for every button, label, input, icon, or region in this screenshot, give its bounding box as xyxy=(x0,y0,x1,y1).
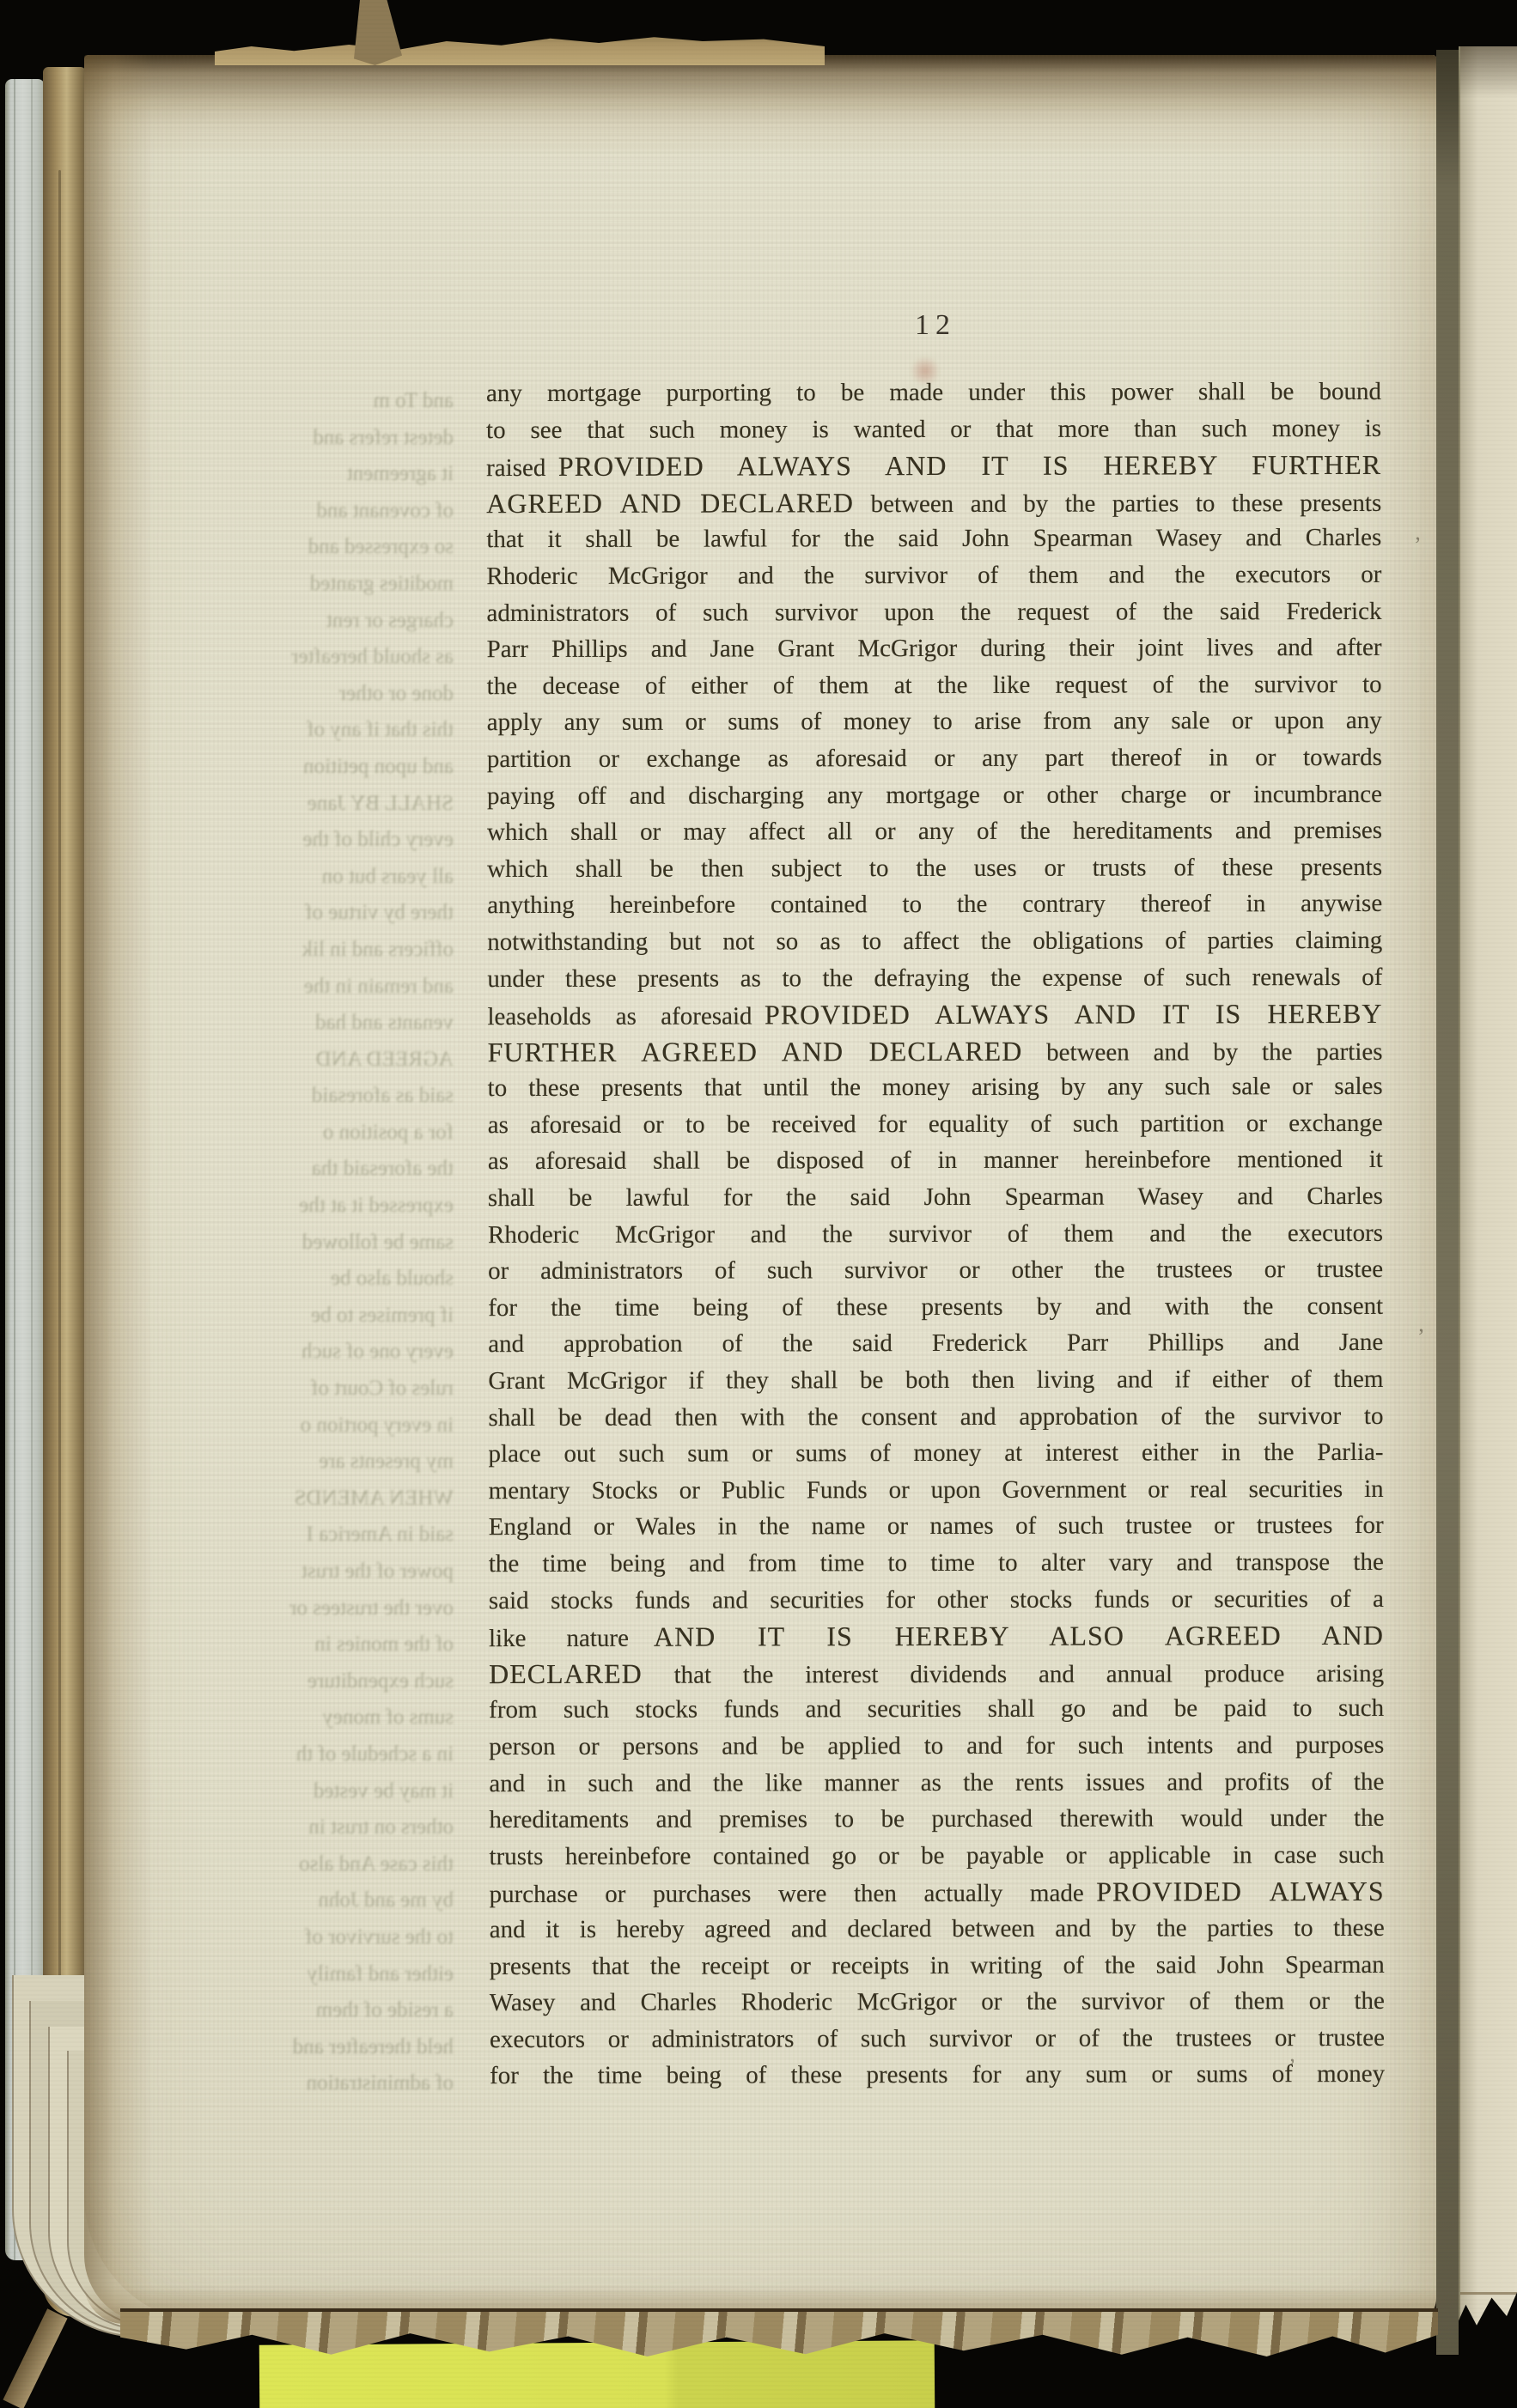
left-page-edge-strip xyxy=(5,79,45,2260)
text-line: to see that such money is wanted or that… xyxy=(486,410,1381,449)
text-line: administrators of such survivor upon the… xyxy=(486,593,1381,631)
book-photo: 12 and To mdetest refers andit agreement… xyxy=(0,0,1517,2408)
ink-speck: ’ xyxy=(1417,1324,1425,1350)
ghost-line: my presents are xyxy=(196,1444,454,1481)
ghost-line: WHEN AMENDS xyxy=(196,1481,454,1517)
text-line: the time being and from time to time to … xyxy=(489,1544,1384,1583)
text-line: person or persons and be applied to and … xyxy=(489,1727,1384,1766)
page-number: 12 xyxy=(488,309,1383,342)
stained-left-edge xyxy=(84,55,153,2324)
text-line: shall be lawful for the said John Spearm… xyxy=(488,1178,1383,1217)
text-line: paying off and discharging any mortgage … xyxy=(487,775,1382,814)
ghost-line: this case And also xyxy=(196,1846,454,1883)
page-gutter-gap xyxy=(1436,50,1459,2355)
ghost-line: in every portion o xyxy=(196,1408,454,1444)
ink-speck: ’ xyxy=(1414,532,1422,558)
text-line: which shall be then subject to the uses … xyxy=(487,849,1382,888)
text-line: said stocks funds and securities for oth… xyxy=(489,1581,1384,1620)
text-line: anything hereinbefore contained to the c… xyxy=(487,885,1382,924)
text-line: to these presents that until the money a… xyxy=(488,1068,1383,1107)
ghost-line: said in America I xyxy=(196,1517,454,1554)
ghost-line: so expressed and xyxy=(196,529,454,566)
ghost-line: such expenditure xyxy=(196,1663,454,1700)
text-line: place out such sum or sums of money at i… xyxy=(488,1434,1383,1473)
ghost-line: of administration xyxy=(196,2065,454,2102)
text-line: as aforesaid or to be received for equal… xyxy=(488,1105,1383,1144)
text-line: Wasey and Charles Rhoderic McGrigor or t… xyxy=(490,1983,1385,2022)
text-line: like nature AND IT IS HEREBY ALSO AGREED… xyxy=(489,1617,1384,1656)
text-line: or administrators of such survivor or ot… xyxy=(488,1251,1383,1290)
text-line: as aforesaid shall be disposed of in man… xyxy=(488,1141,1383,1180)
text-line: shall be dead then with the consent and … xyxy=(488,1398,1383,1437)
ghost-line: AGREED AND xyxy=(196,1042,454,1079)
ghost-line: for a position o xyxy=(196,1115,454,1152)
ghost-line: venants and had xyxy=(196,1005,454,1042)
text-line: executors or administrators of such surv… xyxy=(490,2020,1385,2058)
ghost-line: same be followed xyxy=(196,1225,454,1262)
text-line: AGREED AND DECLARED between and by the p… xyxy=(486,483,1381,522)
text-line: raised PROVIDED ALWAYS AND IT IS HEREBY … xyxy=(486,447,1381,485)
body-text: any mortgage purporting to be made under… xyxy=(486,374,1385,2095)
ghost-line: the aforesaid tha xyxy=(196,1151,454,1188)
ghost-line: expressed it at the xyxy=(196,1188,454,1225)
ghost-line: it agreement xyxy=(196,456,454,493)
ghost-line: rules of Court of xyxy=(196,1371,454,1408)
text-line: notwithstanding but not so as to affect … xyxy=(487,922,1382,961)
ghost-line: every child of the xyxy=(196,822,454,859)
ghost-line: and remain in the xyxy=(196,969,454,1006)
ghost-line: of covenant and xyxy=(196,493,454,530)
ghost-line: sums of money xyxy=(196,1700,454,1736)
text-line: for the time being of these presents by … xyxy=(488,1288,1383,1327)
burnt-top-edge xyxy=(84,55,1436,158)
text-line: and it is hereby agreed and declared bet… xyxy=(490,1910,1385,1949)
text-line: from such stocks funds and securities sh… xyxy=(489,1690,1384,1729)
ghost-line: all years but on xyxy=(196,859,454,896)
ghost-line: held thereafter and xyxy=(196,2029,454,2066)
text-line: any mortgage purporting to be made under… xyxy=(486,374,1381,412)
text-line: trusts hereinbefore contained go or be p… xyxy=(489,1837,1384,1876)
text-line: partition or exchange as aforesaid or an… xyxy=(487,739,1382,778)
text-line: and approbation of the said Frederick Pa… xyxy=(488,1324,1383,1363)
text-line: presents that the receipt or receipts in… xyxy=(490,1946,1385,1985)
ghost-line: power of the trust xyxy=(196,1554,454,1590)
ghost-line: this that if any of xyxy=(196,712,454,749)
ghost-line: others on trust in xyxy=(196,1809,454,1846)
bleed-through-ghost-text: and To mdetest refers andit agreementof … xyxy=(196,383,454,2102)
book-page: 12 and To mdetest refers andit agreement… xyxy=(84,55,1436,2324)
text-line: Grant McGrigor if they shall be both the… xyxy=(488,1361,1383,1400)
ghost-line: of the monies in xyxy=(196,1627,454,1663)
text-line: leaseholds as aforesaid PROVIDED ALWAYS … xyxy=(487,995,1382,1034)
ghost-line: over the trustees or xyxy=(196,1590,454,1627)
ghost-line: if premises to be xyxy=(196,1298,454,1335)
ghost-line: every one of such xyxy=(196,1334,454,1371)
ghost-line: by me and John xyxy=(196,1882,454,1919)
torn-paper-sliver xyxy=(3,2308,67,2408)
ghost-line: there by virtue of xyxy=(196,895,454,932)
text-line: apply any sum or sums of money to arise … xyxy=(487,702,1382,741)
ghost-line: and To m xyxy=(196,383,454,420)
text-line: Parr Phillips and Jane Grant McGrigor du… xyxy=(487,629,1382,668)
text-line: that it shall be lawful for the said Joh… xyxy=(486,520,1381,558)
ghost-line: detest refers and xyxy=(196,420,454,457)
text-line: England or Wales in the name or names of… xyxy=(489,1507,1384,1546)
ghost-line: to the survivor of xyxy=(196,1919,454,1956)
ghost-line: and upon petition xyxy=(196,749,454,786)
ghost-line: charges or rent xyxy=(196,603,454,640)
adjacent-page-edge xyxy=(1459,46,1517,2353)
ghost-line: done or other xyxy=(196,676,454,713)
yellow-sticky-note xyxy=(259,2340,935,2408)
ghost-line: in a schedule of th xyxy=(196,1736,454,1773)
text-line: and in such and the like manner as the r… xyxy=(489,1763,1384,1802)
ghost-line: a reside of them xyxy=(196,1992,454,2029)
text-line: Rhoderic McGrigor and the survivor of th… xyxy=(488,1215,1383,1254)
ghost-line: should also be xyxy=(196,1261,454,1298)
text-line: the decease of either of them at the lik… xyxy=(487,666,1382,705)
text-line: mentary Stocks or Public Funds or upon G… xyxy=(489,1471,1384,1510)
text-line: purchase or purchases were then actually… xyxy=(490,1873,1385,1912)
text-line: which shall or may affect all or any of … xyxy=(487,812,1382,851)
ghost-line: said as aforesaid xyxy=(196,1078,454,1115)
ghost-line: SHALL BY Jane xyxy=(196,786,454,823)
ghost-line: officers and in lik xyxy=(196,932,454,969)
ghost-line: either and family xyxy=(196,1956,454,1993)
text-line: DECLARED that the interest dividends and… xyxy=(489,1654,1384,1693)
text-line: Rhoderic McGrigor and the survivor of th… xyxy=(486,556,1381,595)
ghost-line: it may be vested xyxy=(196,1773,454,1810)
text-line: FURTHER AGREED AND DECLARED between and … xyxy=(488,1032,1383,1071)
torn-paper-strip-top xyxy=(215,31,825,65)
ghost-line: as should hereafter xyxy=(196,639,454,676)
text-line: for the time being of these presents for… xyxy=(490,2056,1385,2095)
ink-speck: ’ xyxy=(1289,2054,1296,2080)
ghost-line: modities granted xyxy=(196,566,454,603)
text-line: hereditaments and premises to be purchas… xyxy=(489,1800,1384,1839)
text-line: under these presents as to the defraying… xyxy=(487,958,1382,997)
